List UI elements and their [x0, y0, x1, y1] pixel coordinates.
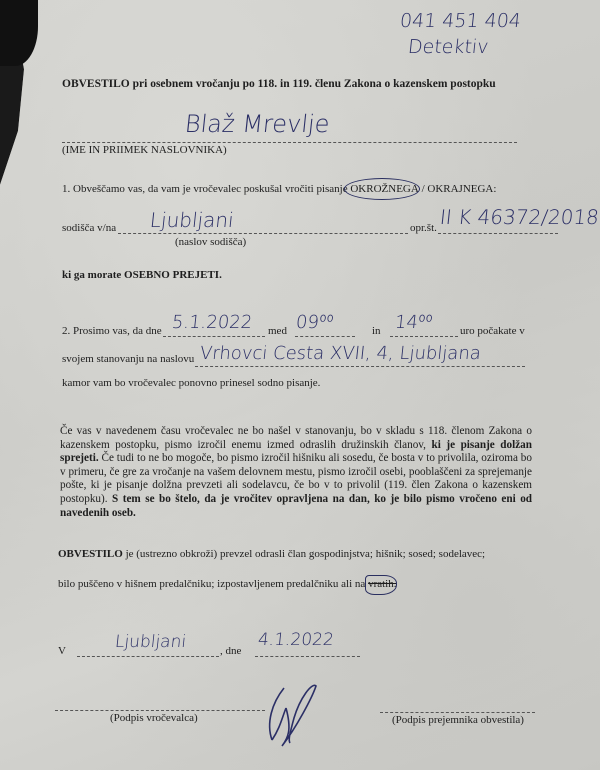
case-number[interactable]: II K 46372/2018 [439, 205, 600, 229]
section1-text: 1. Obveščamo vas, da vam je vročevalec p… [62, 183, 496, 195]
paragraph-bold-2: S tem se bo štelo, da je vročitev opravl… [60, 493, 532, 519]
between-label: med [268, 325, 287, 337]
recipient-name-line [62, 142, 517, 143]
sign-date[interactable]: 4.1.2022 [257, 630, 335, 650]
court-value[interactable]: Ljubljani [149, 208, 235, 232]
courier-signature-label: (Podpis vročevalca) [110, 712, 198, 724]
title-bold: OBVESTILO [62, 78, 130, 90]
recipient-name[interactable]: Blaž Mrevlje [184, 110, 331, 138]
date-prefix: , dne [220, 645, 241, 657]
and-label: in [372, 325, 381, 337]
case-label: opr.št. [410, 222, 437, 234]
court-line [118, 233, 408, 234]
courier-signature [262, 678, 322, 753]
notice-options: je (ustrezno obkroži) prevzel odrasli čl… [123, 548, 485, 560]
to-time-line [390, 336, 458, 337]
from-time[interactable]: 09⁰⁰ [295, 312, 335, 333]
section1-sentence: 1. Obveščamo vas, da vam je vročevalec p… [62, 183, 348, 195]
handwritten-phone: 041 451 404 [399, 10, 522, 32]
notice-line-2: bilo puščeno v hišnem predalčniku; izpos… [58, 578, 396, 590]
wait-date[interactable]: 5.1.2022 [171, 312, 253, 333]
address-value[interactable]: Vrhovci Cesta XVII, 4, Ljubljana [199, 343, 482, 364]
document-title: OBVESTILO pri osebnem vročanju po 118. i… [62, 78, 496, 90]
court-label: (naslov sodišča) [175, 236, 246, 248]
notice-bold: OBVESTILO [58, 548, 123, 560]
selection-circle [344, 178, 420, 200]
wait-date-line [163, 336, 265, 337]
section2-prefix: 2. Prosimo vas, da dne [62, 325, 162, 337]
recipient-signature-label: (Podpis prejemnika obvestila) [392, 714, 524, 726]
selection-mark [365, 575, 397, 595]
address-prefix: svojem stanovanju na naslovu [62, 353, 194, 365]
option-door[interactable]: vratih. [368, 578, 396, 590]
section2-closing: kamor vam bo vročevalec ponovno prinesel… [62, 377, 320, 389]
notice-line-1: OBVESTILO je (ustrezno obkroži) prevzel … [58, 548, 485, 560]
case-line [438, 233, 558, 234]
place-line [77, 656, 219, 657]
place-value[interactable]: Ljubljani [114, 632, 187, 652]
delivery-rules-paragraph: Če vas v navedenem času vročevalec ne bo… [60, 425, 532, 520]
sign-date-line [255, 656, 360, 657]
must-receive-note: ki ga morate OSEBNO PREJETI. [62, 269, 222, 281]
option-okroznega[interactable]: OKROŽNEGA [350, 183, 418, 195]
court-prefix: sodišča v/na [62, 222, 116, 234]
from-time-line [295, 336, 355, 337]
recipient-name-label: (IME IN PRIIMEK NASLOVNIKA) [62, 144, 227, 156]
place-prefix: V [58, 645, 66, 657]
section2-suffix: uro počakate v [460, 325, 525, 337]
title-rest: pri osebnem vročanju po 118. in 119. čle… [130, 78, 496, 90]
recipient-signature-line [380, 712, 535, 713]
courier-signature-line [55, 710, 265, 711]
notice-mailbox-options: bilo puščeno v hišnem predalčniku; izpos… [58, 578, 365, 590]
handwritten-label: Detektiv [407, 36, 490, 58]
address-line [195, 366, 525, 367]
option-okrajnega[interactable]: / OKRAJNEGA: [422, 183, 497, 195]
to-time[interactable]: 14⁰⁰ [394, 312, 434, 333]
